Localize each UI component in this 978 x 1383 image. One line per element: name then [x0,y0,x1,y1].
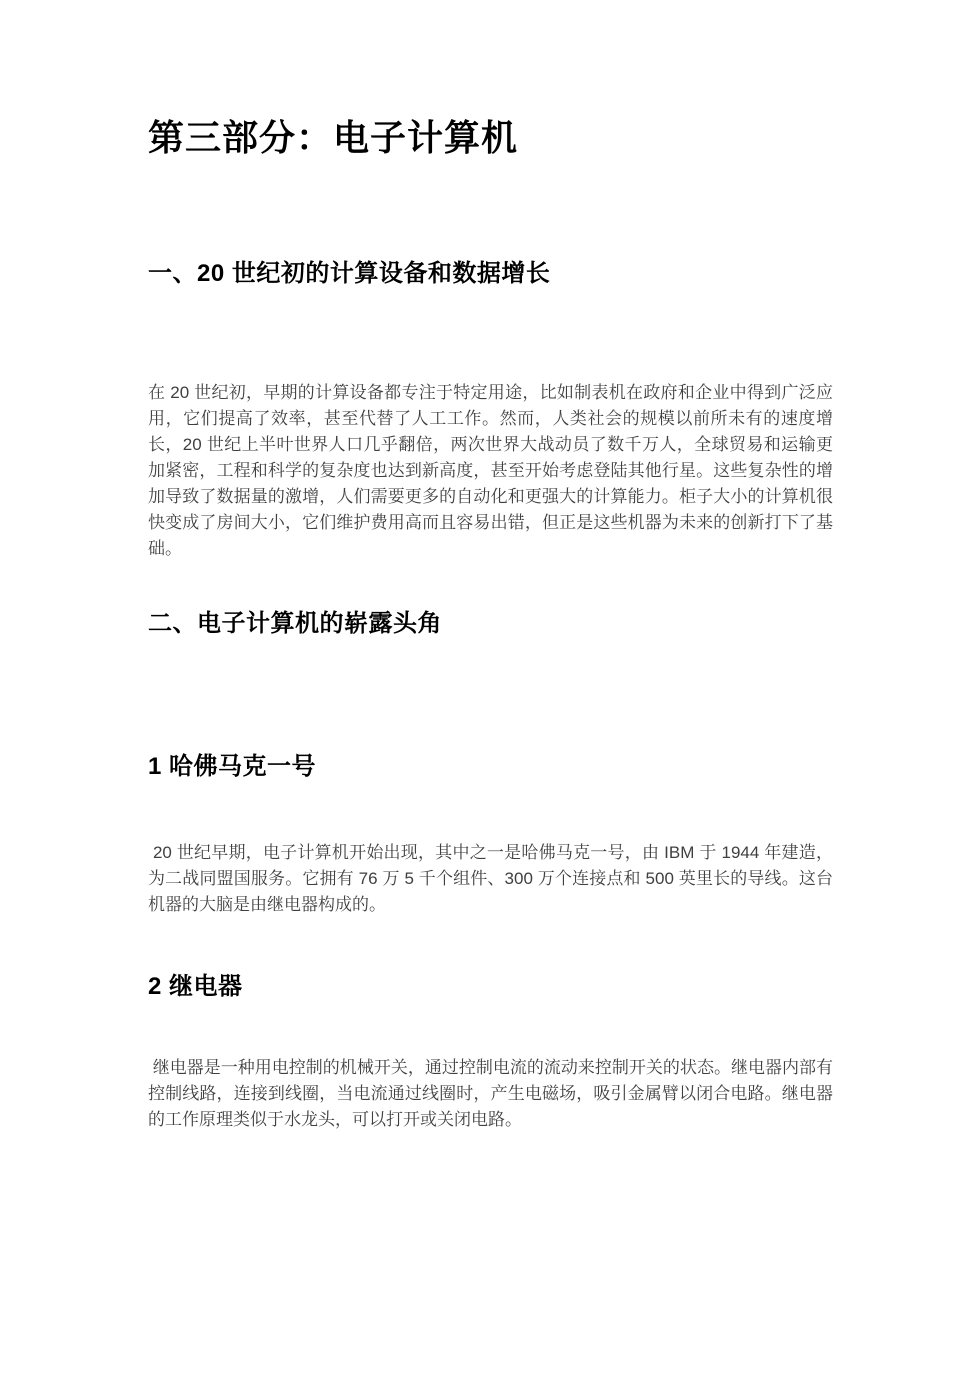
subsection-harvard-mark-1-paragraph: 20 世纪早期，电子计算机开始出现，其中之一是哈佛马克一号，由 IBM 于 19… [148,840,833,918]
document-content: 第三部分：电子计算机 一、20 世纪初的计算设备和数据增长 在 20 世纪初，早… [148,0,833,1133]
subsection-harvard-mark-1-heading: 1 哈佛马克一号 [148,751,833,782]
document-page: 第三部分：电子计算机 一、20 世纪初的计算设备和数据增长 在 20 世纪初，早… [0,0,978,1383]
section-1-paragraph: 在 20 世纪初，早期的计算设备都专注于特定用途，比如制表机在政府和企业中得到广… [148,380,833,562]
document-title: 第三部分：电子计算机 [148,115,833,162]
section-1-heading: 一、20 世纪初的计算设备和数据增长 [148,258,833,289]
section-2-heading: 二、电子计算机的崭露头角 [148,608,833,639]
subsection-relay-heading: 2 继电器 [148,971,833,1002]
subsection-relay-paragraph: 继电器是一种用电控制的机械开关，通过控制电流的流动来控制开关的状态。继电器内部有… [148,1055,833,1133]
